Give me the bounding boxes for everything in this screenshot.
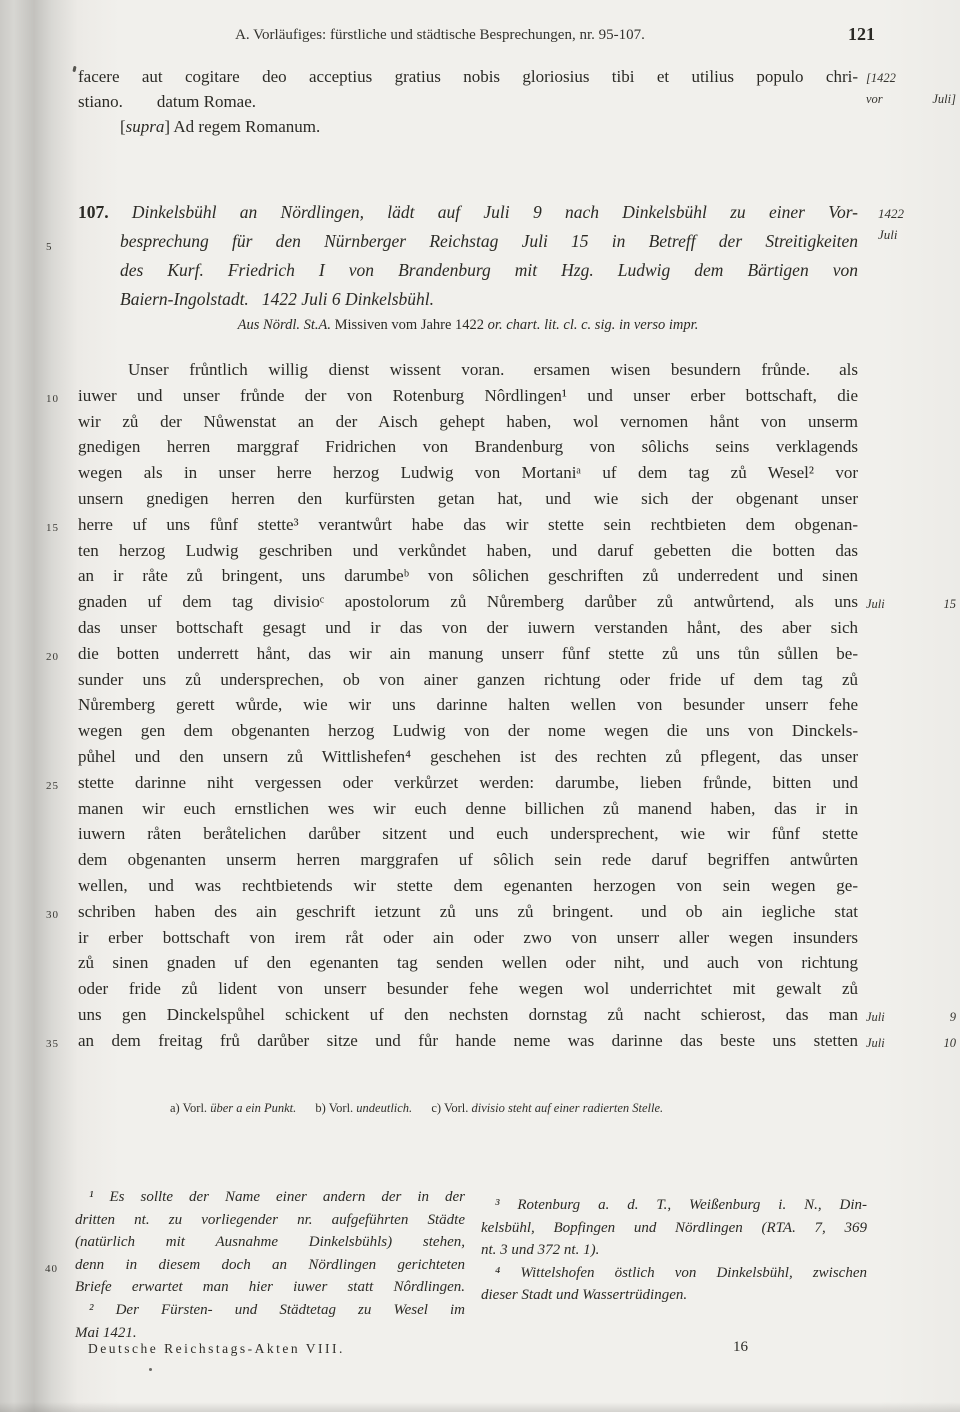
body-line: manen wir euch ernstlichen wes wir euch … (78, 796, 858, 822)
sheet-signature-number: 16 (733, 1339, 748, 1356)
body-line: 20die botten underrett hånt, das wir ain… (78, 641, 858, 667)
line-number: 25 (46, 774, 59, 800)
line-number: 35 (46, 1032, 59, 1058)
line-number: 10 (46, 387, 59, 413)
entry-heading: 107. Dinkelsbühl an Nördlingen, lädt auf… (78, 198, 858, 314)
apparatus-line: a) Vorl. über a ein Punkt. b) Vorl. unde… (170, 1101, 810, 1116)
footnotes: ¹ Es sollte der Name einer andern der in… (75, 1186, 867, 1344)
scan-artifact (72, 66, 76, 72)
source-line: Aus Nördl. St.A. Missiven vom Jahre 1422… (78, 317, 858, 334)
body-line: 25stette darinne niht vergessen oder ver… (78, 770, 858, 796)
body-line: gnedigen herren marggraf Fridrichen von … (78, 434, 858, 460)
page-number: 121 (848, 24, 875, 45)
running-head: A. Vorläufiges: fürstliche und städtisch… (0, 27, 880, 44)
body-line: wegen gen dem obgenanten herzog Ludwig v… (78, 718, 858, 744)
line-number: 5 (46, 233, 53, 262)
heading-line: besprechung für den Nürnberger Reichstag… (78, 227, 858, 256)
line-number: 30 (46, 903, 59, 929)
footnote-line: nt. 3 und 372 nt. 1). (481, 1239, 867, 1262)
body-line: an ir råte zů bringent, uns darumbeᵇ von… (78, 563, 858, 589)
body-line: oder fride zů lident von unserr besunder… (78, 976, 858, 1002)
body-line: ir erber bottschaft von irem råt oder ai… (78, 925, 858, 951)
heading-line: 107. Dinkelsbühl an Nördlingen, lädt auf… (78, 198, 858, 227)
body-line: dem obgenanten unserm herren marggrafen … (78, 847, 858, 873)
entry-number: 107. (78, 202, 109, 222)
body-line: 35an dem freitag frů darůber sitze und f… (78, 1028, 858, 1054)
body-line: ten herzog Ludwig geschriben und verkůnd… (78, 538, 858, 564)
body-line: wir zů der Nůwenstat an der Aisch gehept… (78, 409, 858, 435)
book-page-scan: A. Vorläufiges: fürstliche und städtisch… (0, 0, 960, 1412)
margin-date-note: 1422 Juli 6 (878, 203, 960, 245)
apparatus-note: a) Vorl. über a ein Punkt. (170, 1101, 296, 1115)
body-line: gnaden uf dem tag divisioᶜ apostolorum z… (78, 589, 858, 615)
footnote-line: ² Der Fürsten- und Städtetag zu Wesel im (75, 1299, 465, 1322)
body-text: Unser frůntlich willig dienst wissent vo… (78, 357, 858, 1054)
line-number: 20 (46, 645, 59, 671)
latin-line: facere aut cogitare deo acceptius gratiu… (78, 64, 858, 89)
body-line: iuwern råten beråtelichen darůber sitzen… (78, 821, 858, 847)
footnote-line: 40denn in diesem doch an Nördlingen geri… (75, 1254, 465, 1277)
body-line: das unser bottschaft gesagt und ir das v… (78, 615, 858, 641)
footnote-line: (natürlich mit Ausnahme Dinkelsbühls) st… (75, 1231, 465, 1254)
margin-date-note: Juli 15 (866, 592, 956, 618)
heading-line: Baiern-Ingolstadt. 1422 Juli 6 Dinkelsbü… (78, 285, 858, 314)
body-line: 30schriben haben des ain geschrift ietzu… (78, 899, 858, 925)
body-line: Nůremberg gerett wůrde, wie wir uns dari… (78, 692, 858, 718)
body-line: wellen, und was rechtbietends wir stette… (78, 873, 858, 899)
body-line: půhel und den unsern zů Wittlishefen⁴ ge… (78, 744, 858, 770)
apparatus-note: c) Vorl. divisio steht auf einer radiert… (431, 1101, 663, 1115)
body-line: Unser frůntlich willig dienst wissent vo… (78, 357, 858, 383)
body-line: wegen als in unser herre herzog Ludwig v… (78, 460, 858, 486)
footnote-line: ³ Rotenburg a. d. T., Weißenburg i. N., … (481, 1194, 867, 1217)
footnote-line: dritten nt. zu vorliegender nr. aufgefüh… (75, 1209, 465, 1232)
footnote-column-left: ¹ Es sollte der Name einer andern der in… (75, 1186, 465, 1344)
scan-artifact (149, 1368, 152, 1371)
footnote-column-right: ³ Rotenburg a. d. T., Weißenburg i. N., … (481, 1186, 867, 1344)
body-line: unsern gnedigen herren den kurfürsten ge… (78, 486, 858, 512)
footnote-line: kelsbühl, Bopfingen und Nördlingen (RTA.… (481, 1217, 867, 1240)
apparatus-note: b) Vorl. undeutlich. (315, 1101, 412, 1115)
heading-line: des Kurf. Friedrich I von Brandenburg mi… (78, 256, 858, 285)
margin-date-note: [1422 vor Juli] (866, 68, 956, 110)
body-line: zů sinen gnaden uf den egenanten tag sen… (78, 950, 858, 976)
body-line: 15herre uf uns fůnf stette³ verantwůrt h… (78, 512, 858, 538)
body-line: 10iuwer und unser frůnde der von Rotenbu… (78, 383, 858, 409)
line-number: 15 (46, 516, 59, 542)
line-number: 40 (45, 1258, 58, 1281)
footnote-line: Briefe erwartet man hier iuwer statt Nôr… (75, 1276, 465, 1299)
latin-line: [supra] Ad regem Romanum. (78, 114, 858, 139)
footer-series-title: Deutsche Reichstags-Akten VIII. (88, 1341, 345, 1357)
body-line: sunder uns zů undersprechen, ob von aine… (78, 667, 858, 693)
body-line: uns gen Dinckelspůhel schickent uf den n… (78, 1002, 858, 1028)
footnote-line: dieser Stadt und Wassertrüdingen. (481, 1284, 867, 1307)
footnote-line: ¹ Es sollte der Name einer andern der in… (75, 1186, 465, 1209)
margin-date-note: Juli 9 (866, 1005, 956, 1031)
margin-date-note: Juli 10 (866, 1031, 956, 1057)
footnote-line: ⁴ Wittelshofen östlich von Dinkelsbühl, … (481, 1262, 867, 1285)
previous-entry-paragraph: facere aut cogitare deo acceptius gratiu… (78, 64, 858, 139)
latin-line: stiano. datum Romae. (78, 89, 858, 114)
